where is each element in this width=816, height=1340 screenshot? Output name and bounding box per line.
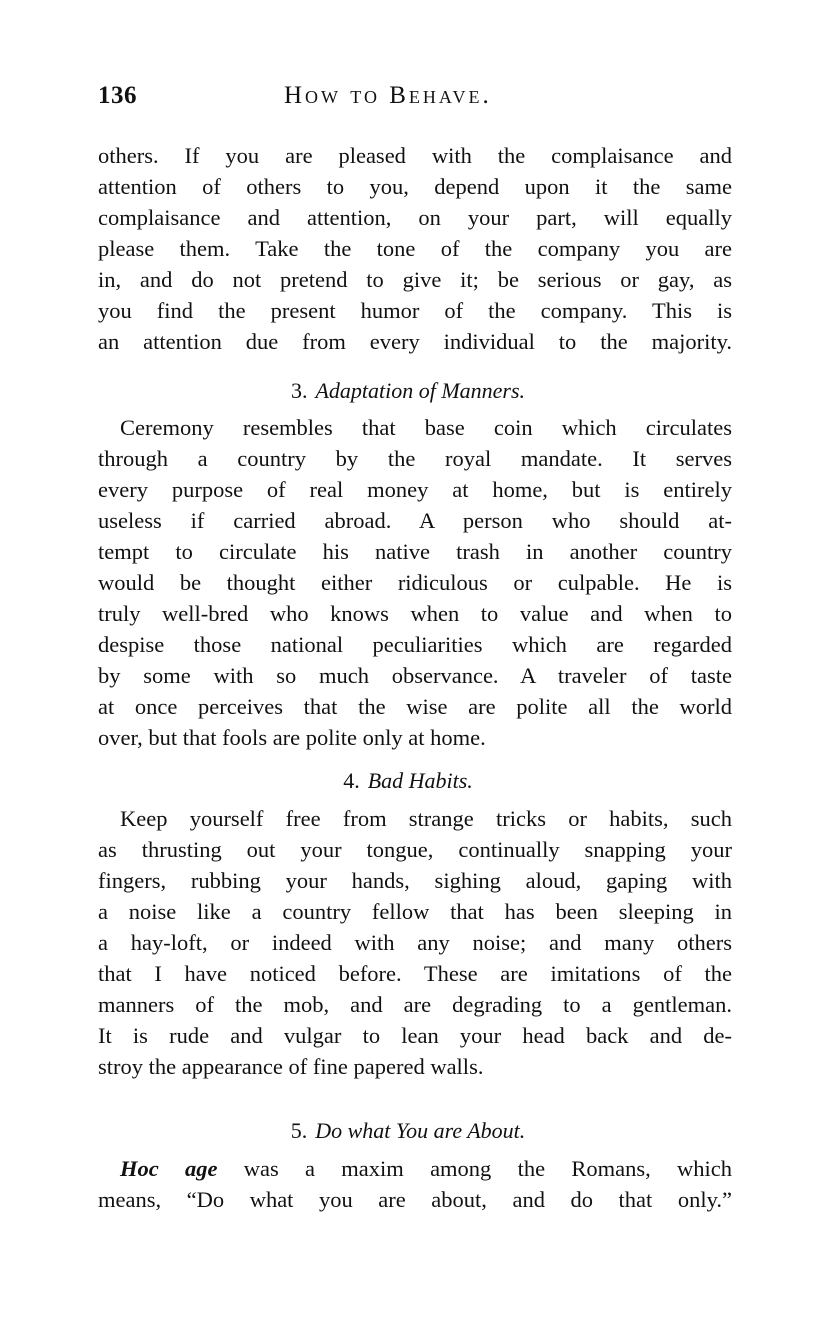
text-line: every purpose of real money at home, but…	[98, 474, 732, 505]
paragraph-do-what-you-are-about: Hoc age was a maxim among the Romans, wh…	[98, 1153, 732, 1215]
text-line: you find the present humor of the compan…	[98, 295, 732, 326]
paragraph-continuation: others. If you are pleased with the comp…	[98, 140, 732, 357]
paragraph-bad-habits: Keep yourself free from strange tricks o…	[98, 803, 732, 1082]
text-line: truly well-bred who knows when to value …	[98, 598, 732, 629]
section-number: 3.	[291, 378, 308, 403]
text-line-rest: was a maxim among the Romans, which	[218, 1156, 732, 1181]
section-heading-5: 5.Do what You are About.	[0, 1118, 816, 1144]
text-line: fingers, rubbing your hands, sighing alo…	[98, 865, 732, 896]
text-line: It is rude and vulgar to lean your head …	[98, 1020, 732, 1051]
page-number: 136	[98, 82, 137, 110]
text-line: please them. Take the tone of the compan…	[98, 233, 732, 264]
text-line: despise those national peculiarities whi…	[98, 629, 732, 660]
text-line: at once perceives that the wise are poli…	[98, 691, 732, 722]
section-number: 5.	[291, 1118, 308, 1143]
section-title: Adaptation of Manners.	[315, 378, 525, 403]
text-line: an attention due from every individual t…	[98, 326, 732, 357]
text-line: Ceremony resembles that base coin which …	[98, 412, 732, 443]
book-page: 136 How to Behave. others. If you are pl…	[0, 0, 816, 1340]
running-head: 136 How to Behave.	[98, 82, 738, 122]
text-line: as thrusting out your tongue, continuall…	[98, 834, 732, 865]
text-line: complaisance and attention, on your part…	[98, 202, 732, 233]
latin-maxim: Hoc age	[120, 1156, 218, 1181]
section-number: 4.	[343, 768, 360, 793]
section-heading-4: 4.Bad Habits.	[0, 768, 816, 794]
section-title: Do what You are About.	[315, 1118, 525, 1143]
text-line: means, “Do what you are about, and do th…	[98, 1184, 732, 1215]
text-line: through a country by the royal mandate. …	[98, 443, 732, 474]
text-line: stroy the appearance of fine papered wal…	[98, 1051, 732, 1082]
text-line: would be thought either ridiculous or cu…	[98, 567, 732, 598]
text-line: tempt to circulate his native trash in a…	[98, 536, 732, 567]
section-heading-3: 3.Adaptation of Manners.	[0, 378, 816, 404]
text-line: Keep yourself free from strange tricks o…	[98, 803, 732, 834]
text-line: that I have noticed before. These are im…	[98, 958, 732, 989]
text-line: Hoc age was a maxim among the Romans, wh…	[98, 1153, 732, 1184]
text-line: a noise like a country fellow that has b…	[98, 896, 732, 927]
text-line: a hay-loft, or indeed with any noise; an…	[98, 927, 732, 958]
section-title: Bad Habits.	[368, 768, 473, 793]
paragraph-adaptation-of-manners: Ceremony resembles that base coin which …	[98, 412, 732, 753]
text-line: manners of the mob, and are degrading to…	[98, 989, 732, 1020]
text-line: others. If you are pleased with the comp…	[98, 140, 732, 171]
text-line: in, and do not pretend to give it; be se…	[98, 264, 732, 295]
text-line: by some with so much observance. A trave…	[98, 660, 732, 691]
text-line: useless if carried abroad. A person who …	[98, 505, 732, 536]
text-line: over, but that fools are polite only at …	[98, 722, 732, 753]
book-title: How to Behave.	[284, 82, 492, 110]
text-line: attention of others to you, depend upon …	[98, 171, 732, 202]
